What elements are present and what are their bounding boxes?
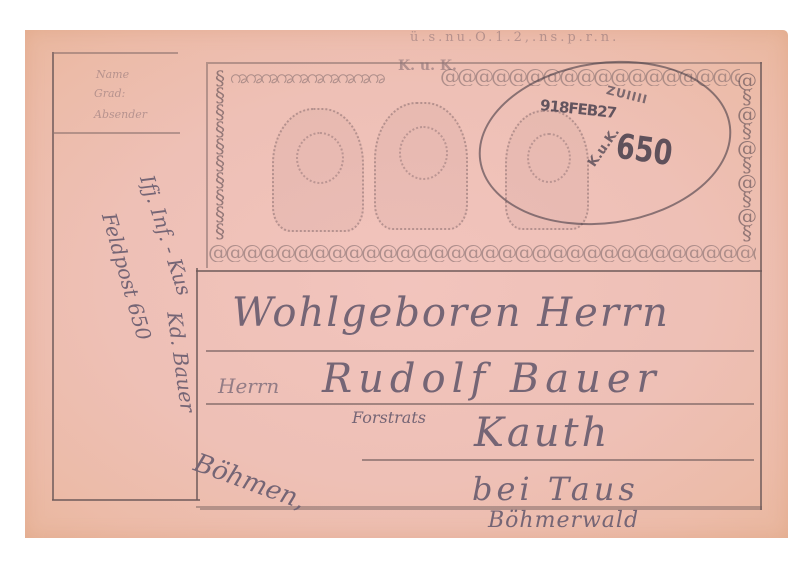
sender-box-bottom (54, 132, 180, 134)
portrait-2 (374, 102, 468, 230)
address-forstrat: Forstrats (352, 408, 426, 427)
address-town: Kauth (474, 410, 610, 456)
illustration-frame-left (206, 62, 208, 268)
address-district: bei Taus (472, 470, 639, 508)
address-region: Böhmerwald (488, 508, 639, 533)
sender-label-grade: Grad: (94, 87, 125, 100)
swirl-border-left: § § § § § § § § § § (210, 70, 230, 250)
frame-bottom-left (52, 499, 200, 501)
illustration-frame-bottom (196, 270, 762, 272)
postmark-number: 650 (613, 127, 674, 175)
address-line1-text: Wohlgeboren Herrn (232, 290, 670, 336)
sender-label-absender: Absender (94, 108, 147, 121)
frame-left (52, 52, 54, 500)
address-line-3 (362, 459, 754, 461)
address-herrn: Herrn (218, 374, 279, 398)
illustration-frame-right (760, 62, 762, 510)
swirl-border-right: @ § @ § @ § @ § @ § (737, 72, 757, 252)
swirl-border-bottom: @@@@@@@@@@@@@@@@@@@@@@@@@@@@@@@@@@ (208, 242, 756, 262)
sender-label-name: Name (96, 68, 129, 81)
address-line-2 (206, 403, 754, 405)
swirl-border-top: ꩠꩠꩠꩠꩠꩠꩠꩠꩠꩠ (230, 66, 390, 86)
frame-top (54, 52, 178, 54)
address-name: Rudolf Bauer (322, 356, 662, 402)
top-legend: ü.s.nu.O.1.2,.ns.p.r.n. (410, 30, 619, 45)
portrait-1 (272, 108, 364, 232)
address-line-1 (206, 350, 754, 352)
illustration-frame-top (208, 62, 762, 64)
